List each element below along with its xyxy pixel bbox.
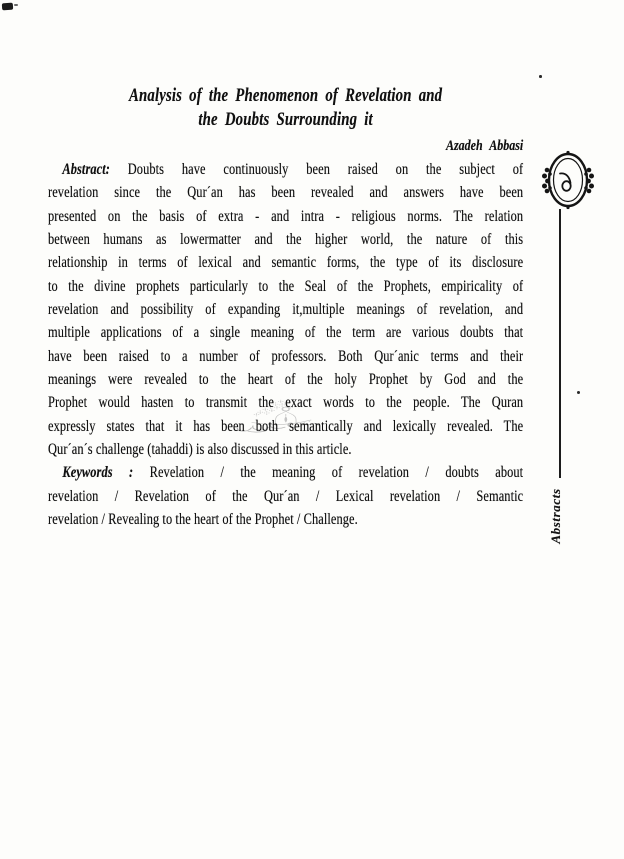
abstract-line: Qur´an´s challenge (tahaddi) is also dis… xyxy=(48,438,523,461)
abstract-line: Abstract: Doubts have continuously been … xyxy=(48,158,523,181)
abstract-line: expressly states that it has been both s… xyxy=(48,415,523,438)
rosette-left xyxy=(542,168,552,194)
abstract-line: revelation and possibility of expanding … xyxy=(48,298,523,321)
abstract-line: relationship in terms of lexical and sem… xyxy=(48,251,523,274)
text-column: Analysis of the Phenomenon of Revelation… xyxy=(48,84,523,531)
scan-speck xyxy=(539,75,542,78)
section-label: Abstracts xyxy=(548,488,564,543)
abstract-line: meanings were revealed to the heart of t… xyxy=(48,368,523,391)
abstract-line: multiple applications of a single meanin… xyxy=(48,321,523,344)
scan-speck xyxy=(577,391,580,394)
keywords-label: Keywords : xyxy=(62,464,133,481)
page-number-glyph xyxy=(560,173,571,190)
abstract-line: have been raised to a number of professo… xyxy=(48,345,523,368)
article-title-line2: the Doubts Surrounding it xyxy=(48,108,523,132)
article-title-line1: Analysis of the Phenomenon of Revelation… xyxy=(48,84,523,108)
rosette-right xyxy=(584,168,594,194)
scan-artifact xyxy=(14,4,18,6)
abstract-line: between humans as lowermatter and the hi… xyxy=(48,228,523,251)
abstract-line: revelation since the Qur´an has been rev… xyxy=(48,181,523,204)
abstract-body: Abstract: Doubts have continuously been … xyxy=(48,158,523,531)
scan-artifact xyxy=(2,3,13,11)
page-number-medallion xyxy=(538,145,598,215)
keywords-line: Keywords : Revelation / the meaning of r… xyxy=(48,461,523,484)
abstract-label: Abstract: xyxy=(62,161,110,178)
scanned-abstract-page: Analysis of the Phenomenon of Revelation… xyxy=(0,0,624,859)
abstract-line: presented on the basis of extra - and in… xyxy=(48,205,523,228)
keywords-line: revelation / Revealing to the heart of t… xyxy=(48,508,523,531)
article-title: Analysis of the Phenomenon of Revelation… xyxy=(48,84,523,132)
abstract-line: Prophet would hasten to transmit the exa… xyxy=(48,391,523,414)
margin-rule xyxy=(559,209,561,478)
abstract-line: to the divine prophets particularly to t… xyxy=(48,275,523,298)
author-name: Azadeh Abbasi xyxy=(48,138,523,154)
keywords-line: revelation / Revelation of the Qur´an / … xyxy=(48,485,523,508)
